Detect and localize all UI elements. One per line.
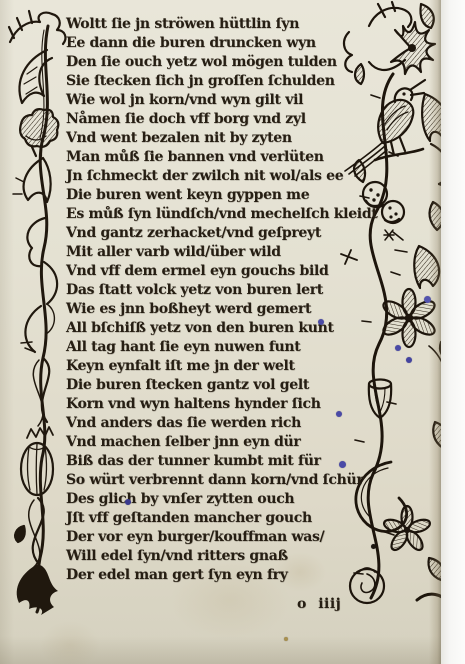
verse-line: Es můß ſyn lündſch/vnd mechelſch kleidt: [66, 205, 366, 224]
verse-line: Vnd gantz zerhacket/vnd geſpreyt: [66, 224, 366, 243]
verse-line: Des glich by vnſer zytten ouch: [66, 490, 366, 509]
blue-ink-dot: [406, 357, 412, 363]
book-page: Woltt ſie jn ströwen hüttlin ſynEe dann …: [0, 0, 441, 664]
verse-line: Die buren went keyn gyppen me: [66, 186, 366, 205]
blue-ink-dot: [336, 411, 342, 417]
scanner-background-strip: [441, 0, 465, 664]
verse-line: Die buren ſtecken gantz vol gelt: [66, 376, 366, 395]
verse-line: Man můß ſie bannen vnd verlüten: [66, 148, 366, 167]
verse-line: Wie es jnn boßheyt werd gemert: [66, 300, 366, 319]
left-floral-border-woodcut: [2, 6, 68, 618]
verse-line: Vnd anders das ſie werden rich: [66, 414, 366, 433]
verse-line: Wie wol jn korn/vnd wyn gilt vil: [66, 91, 366, 110]
quire-signature-mark: o iiij: [297, 596, 341, 612]
verse-line: Will edel ſyn/vnd ritters gnaß: [66, 547, 366, 566]
black-ink-dot: [371, 544, 376, 549]
verse-line: Sie ſtecken ſich jn groſſen ſchulden: [66, 72, 366, 91]
verse-line: So würt verbrennt dann korn/vnd ſchür: [66, 471, 366, 490]
page-right-edge-shadow: [429, 0, 441, 664]
blue-ink-dot: [125, 499, 131, 505]
blue-ink-dot: [318, 319, 324, 325]
verse-line: Woltt ſie jn ströwen hüttlin ſyn: [66, 15, 366, 34]
verse-line: Den ſie ouch yetz wol mögen tulden: [66, 53, 366, 72]
verse-line: Jſt vff geſtanden mancher gouch: [66, 509, 366, 528]
verse-line: Das ſtatt volck yetz von buren lert: [66, 281, 366, 300]
verse-line: Biß das der tunner kumbt mit für: [66, 452, 366, 471]
verse-line: Vnd went bezalen nit by zyten: [66, 129, 366, 148]
verse-line: Keyn eynfalt iſt me jn der welt: [66, 357, 366, 376]
verse-line: Vnd vff dem ermel eyn gouchs bild: [66, 262, 366, 281]
poem-text-block: Woltt ſie jn ströwen hüttlin ſynEe dann …: [66, 15, 366, 585]
verse-line: Nåmen ſie doch vff borg vnd zyl: [66, 110, 366, 129]
verse-line: Korn vnd wyn haltens hynder ſich: [66, 395, 366, 414]
verse-line: Vnd machen ſelber jnn eyn dür: [66, 433, 366, 452]
blue-ink-dot: [395, 345, 401, 351]
verse-line: Ee dann die buren druncken wyn: [66, 34, 366, 53]
verse-line: Der edel man gert ſyn eyn fry: [66, 566, 366, 585]
verse-line: Der vor eyn burger/kouffman was/: [66, 528, 366, 547]
verse-line: All tag hant ſie eyn nuwen funt: [66, 338, 366, 357]
blue-ink-dot: [339, 461, 346, 468]
verse-line: Mit aller varb wild/über wild: [66, 243, 366, 262]
stain-speck: [284, 637, 288, 641]
verse-line: Jn ſchmeckt der zwilch nit wol/als ee: [66, 167, 366, 186]
scanned-page: Woltt ſie jn ströwen hüttlin ſynEe dann …: [0, 0, 465, 664]
